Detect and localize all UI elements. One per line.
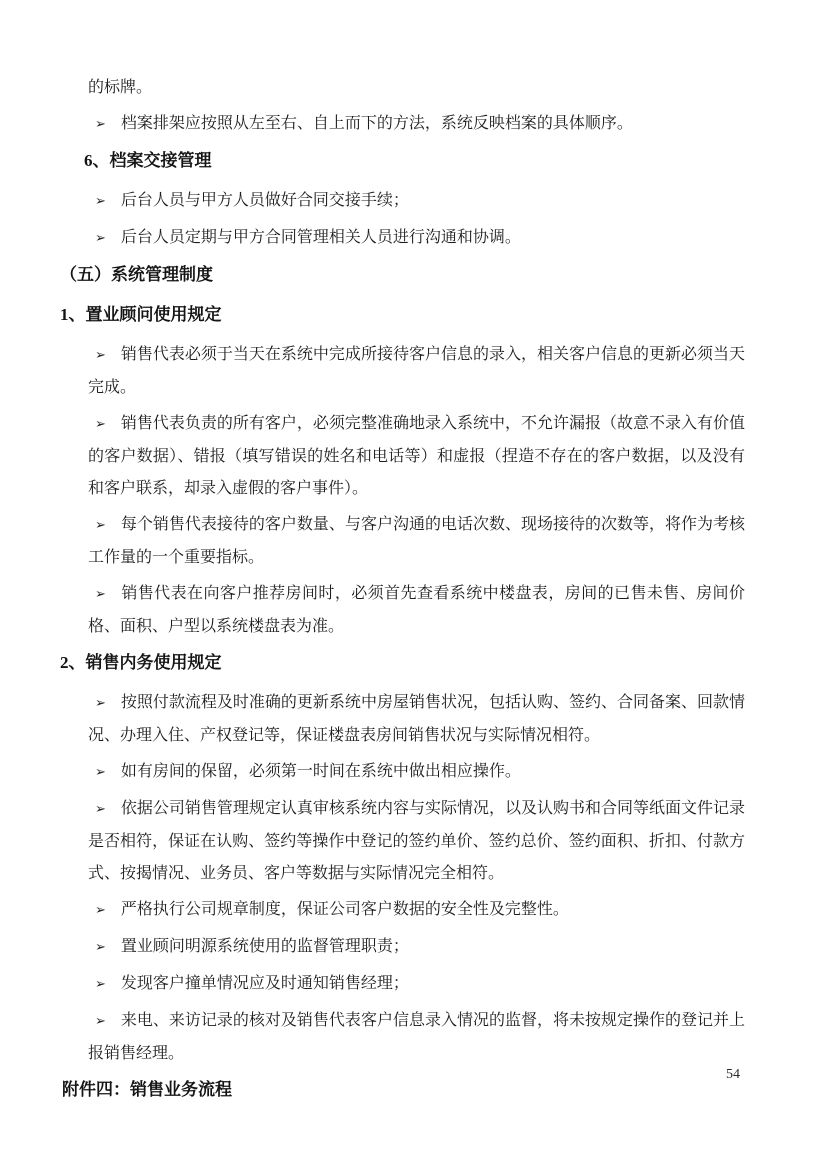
bullet-text: 后台人员定期与甲方合同管理相关人员进行沟通和协调。 — [121, 229, 521, 246]
bullet-text: 严格执行公司规章制度，保证公司客户数据的安全性及完整性。 — [121, 901, 569, 918]
document-content: 的标牌。➢档案排架应按照从左至右、自上而下的方法，系统反映档案的具体顺序。6、档… — [60, 72, 745, 1114]
bullet-item: ➢按照付款流程及时准确的更新系统中房屋销售状况，包括认购、签约、合同备案、回款情… — [88, 687, 745, 752]
bullet-text: 按照付款流程及时准确的更新系统中房屋销售状况，包括认购、签约、合同备案、回款情况… — [88, 694, 745, 744]
bullet-text: 如有房间的保留，必须第一时间在系统中做出相应操作。 — [121, 763, 521, 780]
bullet-text: 档案排架应按照从左至右、自上而下的方法，系统反映档案的具体顺序。 — [121, 115, 633, 132]
arrow-bullet-icon: ➢ — [95, 194, 106, 209]
arrow-bullet-icon: ➢ — [95, 518, 106, 533]
page-number: 54 — [726, 1066, 740, 1084]
bullet-text: 销售代表必须于当天在系统中完成所接待客户信息的录入，相关客户信息的更新必须当天完… — [88, 346, 745, 396]
bullet-item: ➢销售代表必须于当天在系统中完成所接待客户信息的录入，相关客户信息的更新必须当天… — [88, 339, 745, 404]
bullet-item: ➢置业顾问明源系统使用的监督管理职责； — [88, 931, 745, 964]
bullet-text: 发现客户撞单情况应及时通知销售经理； — [121, 975, 409, 992]
bullet-text: 销售代表在向客户推荐房间时，必须首先查看系统中楼盘表，房间的已售未售、房间价格、… — [88, 585, 745, 635]
arrow-bullet-icon: ➢ — [95, 231, 106, 246]
arrow-bullet-icon: ➢ — [95, 696, 106, 711]
bullet-item: ➢后台人员定期与甲方合同管理相关人员进行沟通和协调。 — [88, 222, 745, 255]
bullet-text: 来电、来访记录的核对及销售代表客户信息录入情况的监督，将未按规定操作的登记并上报… — [88, 1012, 745, 1062]
arrow-bullet-icon: ➢ — [95, 940, 106, 955]
arrow-bullet-icon: ➢ — [95, 765, 106, 780]
sub-heading: 2、销售内务使用规定 — [60, 647, 745, 679]
paragraph-continuation: 的标牌。 — [88, 72, 745, 104]
bullet-text: 依据公司销售管理规定认真审核系统内容与实际情况，以及认购书和合同等纸面文件记录是… — [88, 800, 745, 882]
bullet-item: ➢档案排架应按照从左至右、自上而下的方法，系统反映档案的具体顺序。 — [88, 108, 745, 141]
bullet-item: ➢销售代表负责的所有客户，必须完整准确地录入系统中，不允许漏报（故意不录入有价值… — [88, 408, 745, 505]
arrow-bullet-icon: ➢ — [95, 348, 106, 363]
arrow-bullet-icon: ➢ — [95, 977, 106, 992]
bullet-item: ➢发现客户撞单情况应及时通知销售经理； — [88, 968, 745, 1001]
bullet-item: ➢来电、来访记录的核对及销售代表客户信息录入情况的监督，将未按规定操作的登记并上… — [88, 1005, 745, 1070]
bullet-item: ➢每个销售代表接待的客户数量、与客户沟通的电话次数、现场接待的次数等，将作为考核… — [88, 509, 745, 574]
document-page: 的标牌。➢档案排架应按照从左至右、自上而下的方法，系统反映档案的具体顺序。6、档… — [0, 0, 820, 1159]
bullet-text: 销售代表负责的所有客户，必须完整准确地录入系统中，不允许漏报（故意不录入有价值的… — [88, 415, 745, 497]
section-heading: （五）系统管理制度 — [60, 259, 745, 291]
arrow-bullet-icon: ➢ — [95, 417, 106, 432]
bullet-text: 置业顾问明源系统使用的监督管理职责； — [121, 938, 409, 955]
arrow-bullet-icon: ➢ — [95, 117, 106, 132]
sub-heading: 1、置业顾问使用规定 — [60, 299, 745, 331]
sub-sub-heading: 6、档案交接管理 — [84, 145, 745, 177]
bullet-text: 每个销售代表接待的客户数量、与客户沟通的电话次数、现场接待的次数等，将作为考核工… — [88, 516, 745, 566]
arrow-bullet-icon: ➢ — [95, 1014, 106, 1029]
bullet-text: 后台人员与甲方人员做好合同交接手续； — [121, 192, 409, 209]
arrow-bullet-icon: ➢ — [95, 802, 106, 817]
bullet-item: ➢如有房间的保留，必须第一时间在系统中做出相应操作。 — [88, 756, 745, 789]
arrow-bullet-icon: ➢ — [95, 903, 106, 918]
bullet-item: ➢严格执行公司规章制度，保证公司客户数据的安全性及完整性。 — [88, 894, 745, 927]
arrow-bullet-icon: ➢ — [95, 587, 106, 602]
bullet-item: ➢依据公司销售管理规定认真审核系统内容与实际情况，以及认购书和合同等纸面文件记录… — [88, 793, 745, 890]
bullet-item: ➢销售代表在向客户推荐房间时，必须首先查看系统中楼盘表，房间的已售未售、房间价格… — [88, 578, 745, 643]
bullet-item: ➢后台人员与甲方人员做好合同交接手续； — [88, 185, 745, 218]
attachment-heading: 附件四：销售业务流程 — [62, 1074, 745, 1106]
